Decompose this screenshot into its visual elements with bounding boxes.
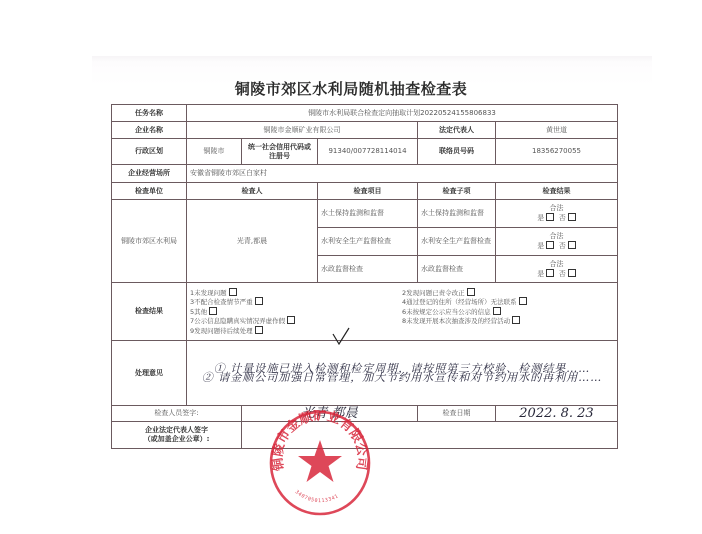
signature-row: 检查人员签字: 光青 都晨 检查日期 2022. 8. 23 <box>112 406 618 422</box>
result-option-label: 3不配合检查情节严重 <box>190 298 253 306</box>
result-option-checkbox[interactable] <box>493 307 501 315</box>
results-options: 1未发现问题2发现问题已责令改正3不配合检查情节严重4通过登记的住所（经营场所）… <box>187 283 618 341</box>
company-signature-label: 企业法定代表人签字 （或加盖企业公章）: <box>112 422 242 449</box>
result-no-checkbox[interactable] <box>568 213 576 221</box>
result-no-label: 否 <box>559 214 566 222</box>
result-no-label: 否 <box>559 270 566 278</box>
inspection-subitem: 水土保持监测和监督 <box>418 200 496 228</box>
company-signature-area <box>242 422 618 449</box>
result-option-checkbox[interactable] <box>512 316 520 324</box>
result-option-checkbox[interactable] <box>255 297 263 305</box>
result-option[interactable]: 2发现问题已责令改正 <box>402 288 614 298</box>
credit-code-label: 统一社会信用代码或注册号 <box>242 139 318 165</box>
opinion-row: 处理意见 ① 计量设施已进入检测和检定周期，请按照第三方校验、检测结果…… ② … <box>112 341 618 406</box>
row-company-name: 企业名称 铜陵市金顺矿业有限公司 法定代表人 黄世道 <box>112 122 618 139</box>
header-item: 检查项目 <box>318 183 418 200</box>
company-signature-row: 企业法定代表人签字 （或加盖企业公章）: <box>112 422 618 449</box>
result-option-label: 2发现问题已责令改正 <box>402 289 465 297</box>
result-option-checkbox[interactable] <box>519 297 527 305</box>
result-option[interactable]: 1未发现问题 <box>190 288 402 298</box>
result-option-checkbox[interactable] <box>209 307 217 315</box>
legal-rep-label: 法定代表人 <box>418 122 496 139</box>
credit-code-value: 91340/007728114014 <box>318 139 418 165</box>
header-inspector: 检查人 <box>187 183 318 200</box>
result-option-checkbox[interactable] <box>229 288 237 296</box>
result-yes-label: 是 <box>537 214 544 222</box>
company-signature-label-line2: （或加盖企业公章）: <box>115 435 238 444</box>
row-district: 行政区划 铜陵市 统一社会信用代码或注册号 91340/007728114014… <box>112 139 618 165</box>
result-no-checkbox[interactable] <box>568 269 576 277</box>
result-yes-checkbox[interactable] <box>546 241 554 249</box>
contact-value: 18356270055 <box>496 139 618 165</box>
inspection-subitem: 水利安全生产监督检查 <box>418 228 496 256</box>
result-no-checkbox[interactable] <box>568 241 576 249</box>
result-title: 合法 <box>499 232 614 241</box>
district-value: 铜陵市 <box>187 139 242 165</box>
inspection-row: 铜陵市郊区水利局 光青,都晨 水土保持监测和监督 水土保持监测和监督 合法 是 … <box>112 200 618 228</box>
inspection-result: 合法 是 否 <box>496 228 618 256</box>
inspection-subitem: 水政监督检查 <box>418 256 496 283</box>
result-option-label: 6未按规定公示应当公示的信息 <box>402 308 491 316</box>
row-address: 企业经营场所 安徽省铜陵市郊区白家村 <box>112 165 618 183</box>
inspection-item: 水利安全生产监督检查 <box>318 228 418 256</box>
document-title: 铜陵市郊区水利局随机抽查检查表 <box>0 78 702 99</box>
inspector-signature-label: 检查人员签字: <box>112 406 242 422</box>
result-option-label: 4通过登记的住所（经营场所）无法联系 <box>402 298 517 306</box>
task-name-value: 铜陵市水利局联合检查定向抽取计划20220524155806833 <box>187 105 618 122</box>
result-option[interactable]: 8未发现开展本次抽查涉及的经营活动 <box>402 316 614 326</box>
results-grid: 1未发现问题2发现问题已责令改正3不配合检查情节严重4通过登记的住所（经营场所）… <box>190 286 614 338</box>
result-option-checkbox[interactable] <box>467 288 475 296</box>
header-subitem: 检查子项 <box>418 183 496 200</box>
result-option-checkbox[interactable] <box>255 326 263 334</box>
result-option-label: 5其他 <box>190 308 207 316</box>
result-option-label: 8未发现开展本次抽查涉及的经营活动 <box>402 317 510 325</box>
date-label: 检查日期 <box>418 406 496 422</box>
task-name-label: 任务名称 <box>112 105 187 122</box>
company-signature-label-line1: 企业法定代表人签字 <box>115 426 238 435</box>
result-option[interactable]: 6未按规定公示应当公示的信息 <box>402 307 614 317</box>
inspector-value: 光青,都晨 <box>187 200 318 283</box>
district-label: 行政区划 <box>112 139 187 165</box>
address-label: 企业经营场所 <box>112 165 187 183</box>
result-option[interactable]: 3不配合检查情节严重 <box>190 297 402 307</box>
result-option[interactable]: 9发现问题待后续处理 <box>190 326 402 336</box>
result-title: 合法 <box>499 204 614 213</box>
inspection-unit-value: 铜陵市郊区水利局 <box>112 200 187 283</box>
result-yes-label: 是 <box>537 242 544 250</box>
result-option-label: 1未发现问题 <box>190 289 227 297</box>
result-option-label: 9发现问题待后续处理 <box>190 327 253 335</box>
result-option-label: 7公示信息隐瞒真实情况弄虚作假 <box>190 317 285 325</box>
inspection-date: 2022. 8. 23 <box>496 406 618 422</box>
result-option[interactable]: 5其他 <box>190 307 402 317</box>
inspection-result: 合法 是 否 <box>496 256 618 283</box>
results-row: 检查结果 1未发现问题2发现问题已责令改正3不配合检查情节严重4通过登记的住所（… <box>112 283 618 341</box>
results-label: 检查结果 <box>112 283 187 341</box>
result-yes-label: 是 <box>537 270 544 278</box>
company-name-value: 铜陵市金顺矿业有限公司 <box>187 122 418 139</box>
inspector-signature: 光青 都晨 <box>242 406 418 422</box>
row-task-name: 任务名称 铜陵市水利局联合检查定向抽取计划20220524155806833 <box>112 105 618 122</box>
result-yes-checkbox[interactable] <box>546 269 554 277</box>
result-option[interactable]: 4通过登记的住所（经营场所）无法联系 <box>402 297 614 307</box>
contact-label: 联络员号码 <box>418 139 496 165</box>
result-option-checkbox[interactable] <box>287 316 295 324</box>
result-no-label: 否 <box>559 242 566 250</box>
opinion-label: 处理意见 <box>112 341 187 406</box>
inspection-item: 水政监督检查 <box>318 256 418 283</box>
result-title: 合法 <box>499 260 614 269</box>
result-option[interactable]: 7公示信息隐瞒真实情况弄虚作假 <box>190 316 402 326</box>
legal-rep-value: 黄世道 <box>496 122 618 139</box>
result-yes-checkbox[interactable] <box>546 213 554 221</box>
inspection-item: 水土保持监测和监督 <box>318 200 418 228</box>
opinion-handwriting: ① 计量设施已进入检测和检定周期，请按照第三方校验、检测结果…… ② 请金顺公司… <box>187 341 618 406</box>
opinion-line-2: ② 请金顺公司加强日常管理，加大节约用水宣传和对节约用水的再利用…… <box>190 373 614 382</box>
inspection-form-table: 任务名称 铜陵市水利局联合检查定向抽取计划20220524155806833 企… <box>111 104 618 449</box>
inspection-result: 合法 是 否 <box>496 200 618 228</box>
company-name-label: 企业名称 <box>112 122 187 139</box>
header-result: 检查结果 <box>496 183 618 200</box>
inspection-header-row: 检查单位 检查人 检查项目 检查子项 检查结果 <box>112 183 618 200</box>
header-unit: 检查单位 <box>112 183 187 200</box>
address-value: 安徽省铜陵市郊区白家村 <box>187 165 618 183</box>
